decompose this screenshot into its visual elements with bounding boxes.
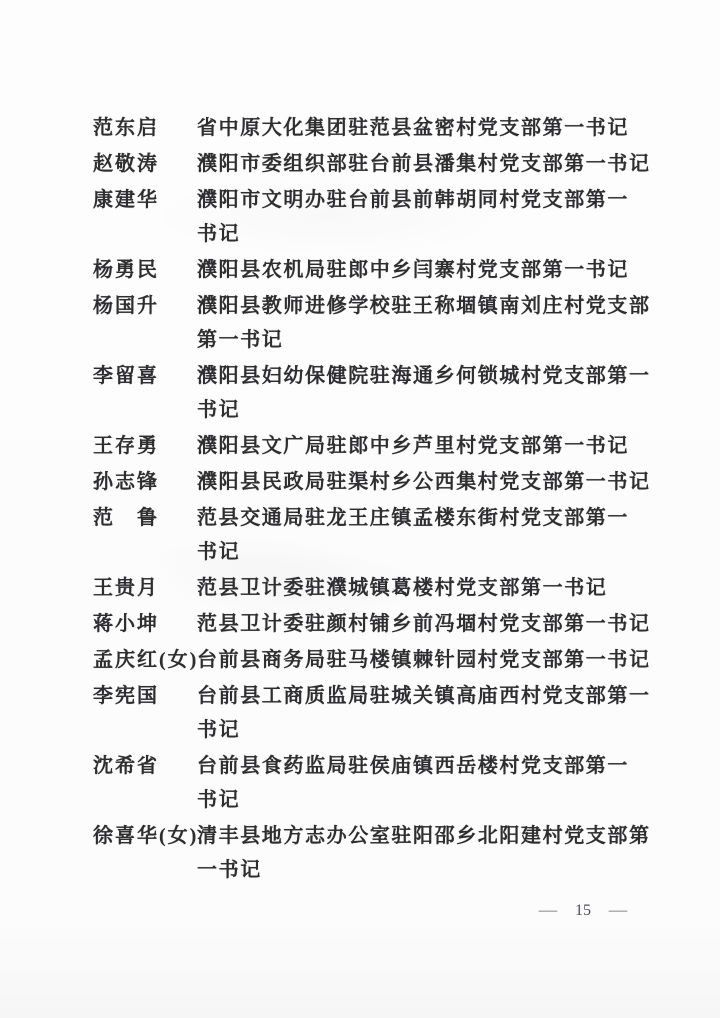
list-item: 杨国升 濮阳县教师进修学校驻王称堌镇南刘庄村党支部第一书记 [93,289,639,357]
page-number-dash-right: — [609,899,627,923]
person-name: 王贵月 [93,571,197,605]
person-title: 濮阳市委组织部驻台前县潘集村党支部第一书记 [197,147,639,181]
person-title: 清丰县地方志办公室驻阳邵乡北阳建村党支部第一书记 [197,819,639,887]
list-item: 杨勇民 濮阳县农机局驻郎中乡闫寨村党支部第一书记 [93,253,639,287]
person-title: 濮阳县文广局驻郎中乡芦里村党支部第一书记 [197,429,639,463]
list-item: 蒋小坤 范县卫计委驻颜村铺乡前冯堌村党支部第一书记 [93,607,639,641]
person-name: 孟庆红(女) [93,643,197,677]
person-title: 濮阳县教师进修学校驻王称堌镇南刘庄村党支部第一书记 [197,289,639,357]
person-name: 李宪国 [93,679,197,713]
title-line: 书记 [197,393,639,427]
title-line: 一书记 [197,853,639,887]
title-line: 台前县食药监局驻侯庙镇西岳楼村党支部第一 [197,749,639,783]
page-number-dash-left: — [539,899,557,923]
list-item: 范东启 省中原大化集团驻范县盆密村党支部第一书记 [93,111,639,145]
person-title: 省中原大化集团驻范县盆密村党支部第一书记 [197,111,639,145]
title-line: 台前县工商质监局驻城关镇高庙西村党支部第一 [197,679,639,713]
secretary-list: 范东启 省中原大化集团驻范县盆密村党支部第一书记 赵敬涛 濮阳市委组织部驻台前县… [93,111,639,889]
list-item: 孟庆红(女) 台前县商务局驻马楼镇棘针园村党支部第一书记 [93,643,639,677]
list-item: 赵敬涛 濮阳市委组织部驻台前县潘集村党支部第一书记 [93,147,639,181]
title-line: 书记 [197,713,639,747]
title-line: 濮阳县文广局驻郎中乡芦里村党支部第一书记 [197,429,639,463]
title-line: 濮阳县民政局驻渠村乡公西集村党支部第一书记 [197,465,639,499]
title-line: 第一书记 [197,323,639,357]
list-item: 王贵月 范县卫计委驻濮城镇葛楼村党支部第一书记 [93,571,639,605]
person-name: 孙志锋 [93,465,197,499]
list-item: 李宪国 台前县工商质监局驻城关镇高庙西村党支部第一书记 [93,679,639,747]
person-name: 康建华 [93,183,197,217]
title-line: 台前县商务局驻马楼镇棘针园村党支部第一书记 [197,643,639,677]
person-title: 范县卫计委驻颜村铺乡前冯堌村党支部第一书记 [197,607,639,641]
person-title: 濮阳县民政局驻渠村乡公西集村党支部第一书记 [197,465,639,499]
list-item: 王存勇 濮阳县文广局驻郎中乡芦里村党支部第一书记 [93,429,639,463]
title-line: 濮阳县妇幼保健院驻海通乡何锁城村党支部第一 [197,359,639,393]
person-name: 范东启 [93,111,197,145]
list-item: 李留喜 濮阳县妇幼保健院驻海通乡何锁城村党支部第一书记 [93,359,639,427]
person-name: 范 鲁 [93,501,197,535]
title-line: 省中原大化集团驻范县盆密村党支部第一书记 [197,111,639,145]
title-line: 濮阳市文明办驻台前县前韩胡同村党支部第一 [197,183,639,217]
list-item: 康建华 濮阳市文明办驻台前县前韩胡同村党支部第一书记 [93,183,639,251]
list-item: 孙志锋 濮阳县民政局驻渠村乡公西集村党支部第一书记 [93,465,639,499]
list-item: 沈希省 台前县食药监局驻侯庙镇西岳楼村党支部第一书记 [93,749,639,817]
list-item: 徐喜华(女) 清丰县地方志办公室驻阳邵乡北阳建村党支部第一书记 [93,819,639,887]
title-line: 书记 [197,217,639,251]
person-name: 蒋小坤 [93,607,197,641]
list-item: 范 鲁 范县交通局驻龙王庄镇孟楼东街村党支部第一书记 [93,501,639,569]
page-number-value: 15 [575,899,591,923]
person-title: 台前县食药监局驻侯庙镇西岳楼村党支部第一书记 [197,749,639,817]
person-title: 范县交通局驻龙王庄镇孟楼东街村党支部第一书记 [197,501,639,569]
document-page: 范东启 省中原大化集团驻范县盆密村党支部第一书记 赵敬涛 濮阳市委组织部驻台前县… [0,0,720,1018]
person-title: 台前县工商质监局驻城关镇高庙西村党支部第一书记 [197,679,639,747]
person-name: 杨国升 [93,289,197,323]
person-name: 徐喜华(女) [93,819,197,853]
person-title: 范县卫计委驻濮城镇葛楼村党支部第一书记 [197,571,639,605]
person-name: 王存勇 [93,429,197,463]
title-line: 清丰县地方志办公室驻阳邵乡北阳建村党支部第 [197,819,639,853]
person-title: 濮阳县妇幼保健院驻海通乡何锁城村党支部第一书记 [197,359,639,427]
title-line: 濮阳县教师进修学校驻王称堌镇南刘庄村党支部 [197,289,639,323]
person-title: 台前县商务局驻马楼镇棘针园村党支部第一书记 [197,643,639,677]
person-name: 杨勇民 [93,253,197,287]
title-line: 书记 [197,783,639,817]
person-name: 赵敬涛 [93,147,197,181]
title-line: 濮阳市委组织部驻台前县潘集村党支部第一书记 [197,147,639,181]
person-name: 沈希省 [93,749,197,783]
page-number: — 15 — [540,899,626,923]
person-name: 李留喜 [93,359,197,393]
title-line: 书记 [197,535,639,569]
title-line: 范县卫计委驻颜村铺乡前冯堌村党支部第一书记 [197,607,639,641]
title-line: 范县交通局驻龙王庄镇孟楼东街村党支部第一 [197,501,639,535]
person-title: 濮阳县农机局驻郎中乡闫寨村党支部第一书记 [197,253,639,287]
title-line: 范县卫计委驻濮城镇葛楼村党支部第一书记 [197,571,639,605]
person-title: 濮阳市文明办驻台前县前韩胡同村党支部第一书记 [197,183,639,251]
title-line: 濮阳县农机局驻郎中乡闫寨村党支部第一书记 [197,253,639,287]
